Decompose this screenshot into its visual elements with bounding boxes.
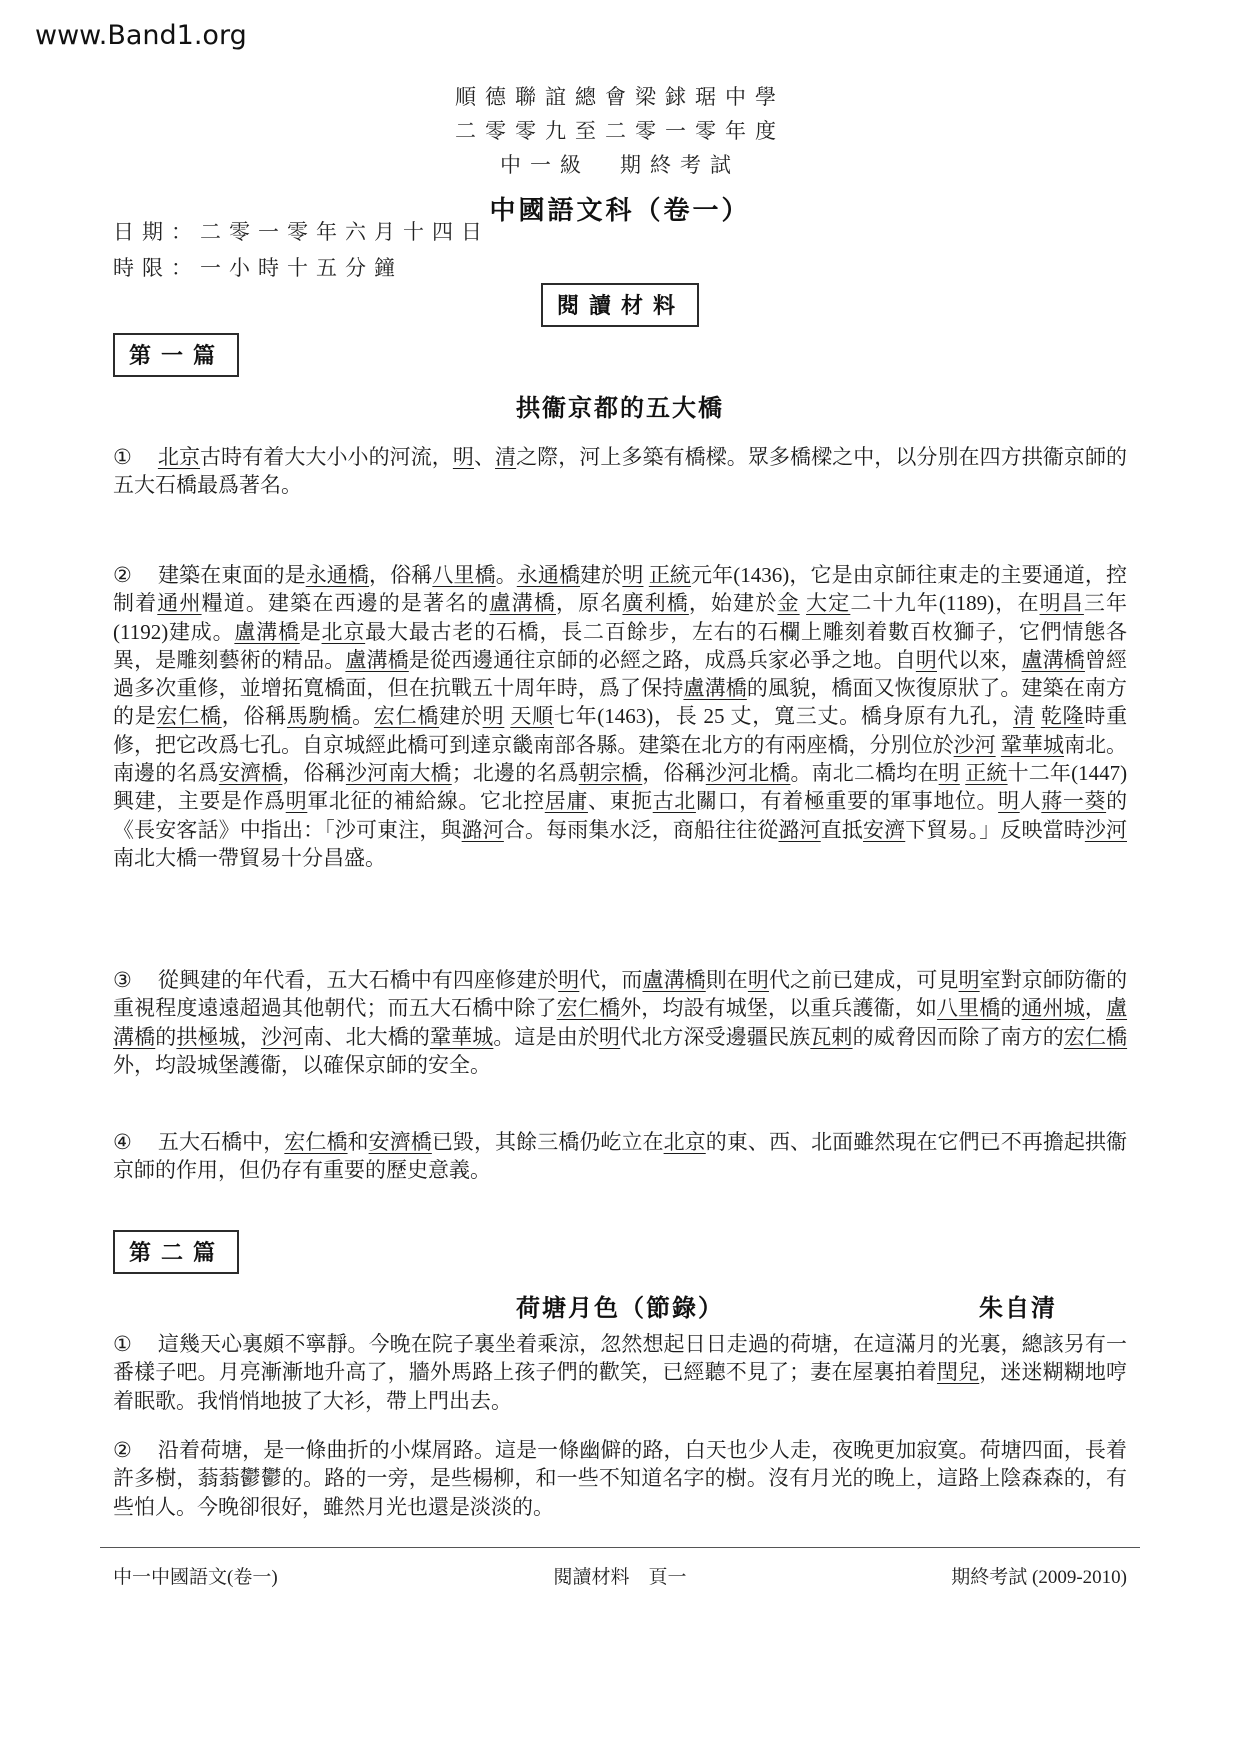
passage1-paragraph-3: ③從興建的年代看，五大石橋中有四座修建於明代，而盧溝橋則在明代之前已建成，可見明… bbox=[113, 966, 1127, 1079]
reading-material-heading: 閱讀材料 bbox=[113, 283, 1127, 327]
passage2-author: 朱自清 bbox=[979, 1288, 1057, 1323]
paragraph-number: ① bbox=[113, 1332, 132, 1356]
passage2-heading: 第二篇 bbox=[113, 1230, 239, 1274]
paragraph-text: 五大石橋中，宏仁橋和安濟橋已毀，其餘三橋仍屹立在北京的東、西、北面雖然現在它們已… bbox=[113, 1130, 1127, 1182]
school-year: 二零零九至二零一零年度 bbox=[113, 114, 1127, 148]
footer-divider bbox=[100, 1547, 1140, 1548]
footer-exam-session: 期終考試 (2009-2010) bbox=[951, 1562, 1127, 1589]
reading-material-box: 閱讀材料 bbox=[541, 283, 699, 327]
paragraph-number: ④ bbox=[113, 1130, 132, 1154]
paragraph-text: 從興建的年代看，五大石橋中有四座修建於明代，而盧溝橋則在明代之前已建成，可見明室… bbox=[113, 968, 1127, 1077]
passage2-box: 第二篇 bbox=[113, 1230, 239, 1274]
passage2-titlebar: 荷塘月色（節錄） 朱自清 bbox=[113, 1288, 1127, 1323]
paragraph-number: ③ bbox=[113, 968, 132, 992]
watermark-url: www.Band1.org bbox=[35, 20, 247, 51]
passage1-paragraph-1: ①北京古時有着大大小小的河流，明、清之際，河上多築有橋樑。眾多橋樑之中，以分別在… bbox=[113, 443, 1127, 500]
passage1-box: 第一篇 bbox=[113, 333, 239, 377]
paragraph-text: 建築在東面的是永通橋，俗稱八里橋。永通橋建於明 正統元年(1436)，它是由京師… bbox=[113, 563, 1127, 870]
paragraph-number: ① bbox=[113, 445, 132, 469]
paragraph-number: ② bbox=[113, 1438, 132, 1462]
footer-section-page: 閱讀材料 頁一 bbox=[553, 1562, 686, 1589]
passage2-paragraph-2: ②沿着荷塘，是一條曲折的小煤屑路。這是一條幽僻的路，白天也少人走，夜晚更加寂寞。… bbox=[113, 1436, 1127, 1521]
paragraph-text: 這幾天心裏頗不寧靜。今晚在院子裏坐着乘涼，忽然想起日日走過的荷塘，在這滿月的光裏… bbox=[113, 1332, 1127, 1413]
passage1-title: 拱衞京都的五大橋 bbox=[113, 388, 1127, 423]
exam-level: 中一級 期終考試 bbox=[113, 148, 1127, 182]
paragraph-number: ② bbox=[113, 563, 132, 587]
school-name: 順德聯誼總會梁銶琚中學 bbox=[113, 80, 1127, 114]
footer-paper-name: 中一中國語文(卷一) bbox=[113, 1562, 278, 1589]
exam-meta: 日期：二零一零年六月十四日 時限：一小時十五分鐘 bbox=[113, 214, 490, 286]
exam-duration: 時限：一小時十五分鐘 bbox=[113, 250, 490, 286]
paper-header: 順德聯誼總會梁銶琚中學 二零零九至二零一零年度 中一級 期終考試 中國語文科（卷… bbox=[113, 80, 1127, 227]
passage2-paragraph-1: ①這幾天心裏頗不寧靜。今晚在院子裏坐着乘涼，忽然想起日日走過的荷塘，在這滿月的光… bbox=[113, 1330, 1127, 1415]
exam-date: 日期：二零一零年六月十四日 bbox=[113, 214, 490, 250]
passage2-title: 荷塘月色（節錄） bbox=[516, 1296, 724, 1322]
passage1-heading: 第一篇 bbox=[113, 333, 239, 377]
passage1-paragraph-4: ④五大石橋中，宏仁橋和安濟橋已毀，其餘三橋仍屹立在北京的東、西、北面雖然現在它們… bbox=[113, 1128, 1127, 1185]
paragraph-text: 沿着荷塘，是一條曲折的小煤屑路。這是一條幽僻的路，白天也少人走，夜晚更加寂寞。荷… bbox=[113, 1438, 1127, 1519]
passage1-paragraph-2: ②建築在東面的是永通橋，俗稱八里橋。永通橋建於明 正統元年(1436)，它是由京… bbox=[113, 561, 1127, 872]
paragraph-text: 北京古時有着大大小小的河流，明、清之際，河上多築有橋樑。眾多橋樑之中，以分別在四… bbox=[113, 445, 1127, 497]
exam-paper-page: www.Band1.org 順德聯誼總會梁銶琚中學 二零零九至二零一零年度 中一… bbox=[0, 0, 1240, 1754]
